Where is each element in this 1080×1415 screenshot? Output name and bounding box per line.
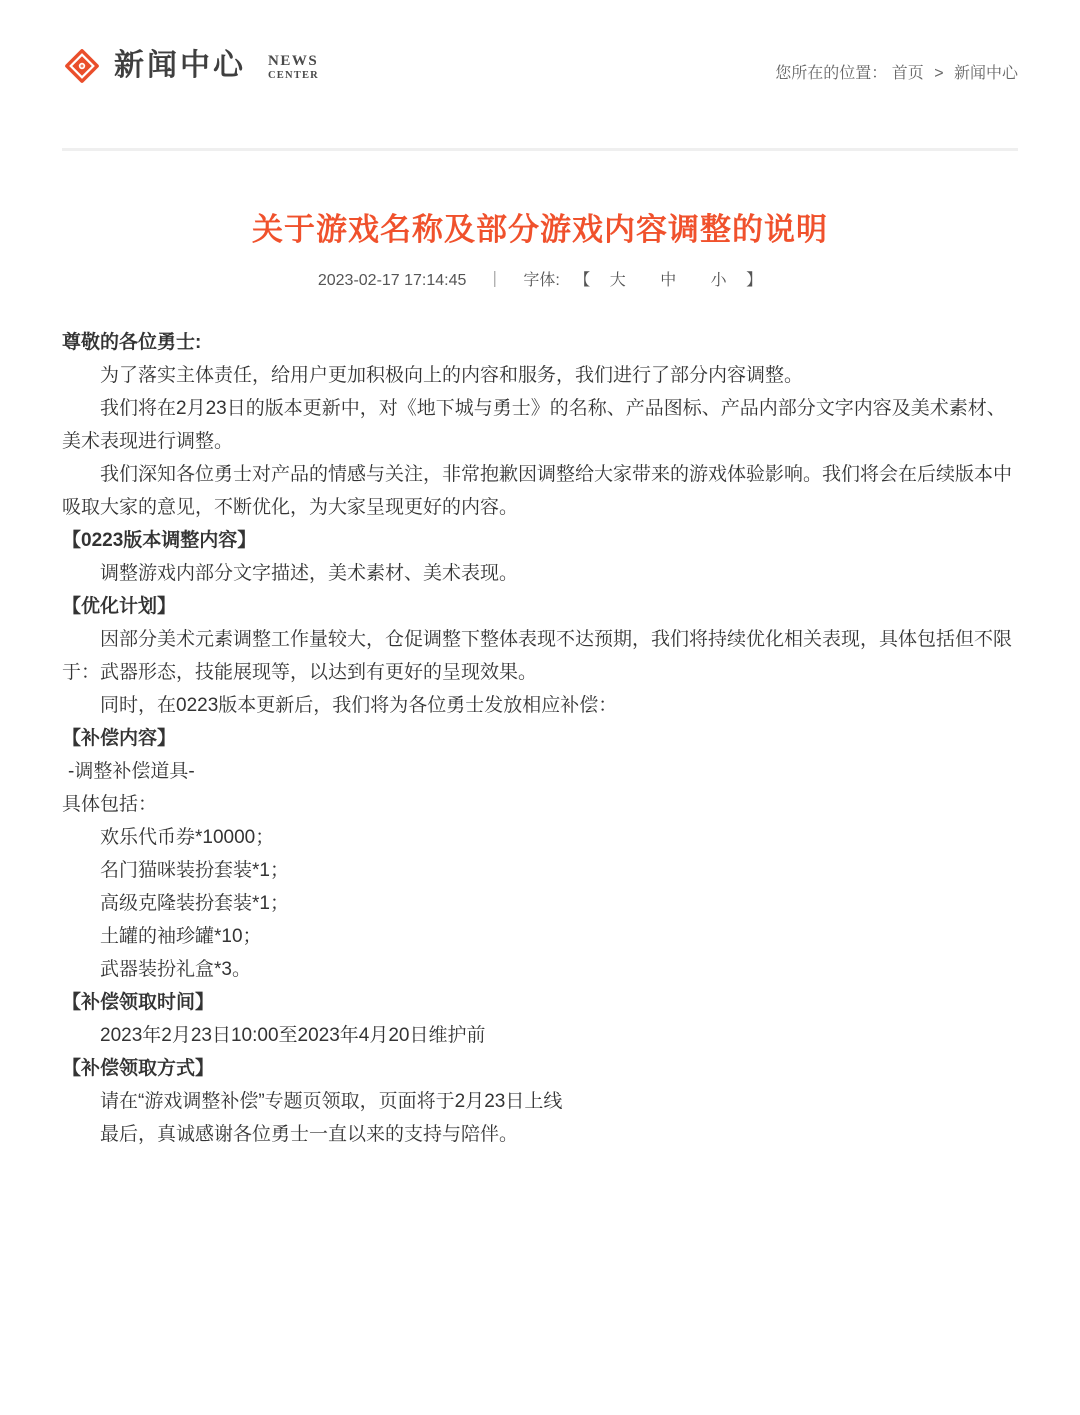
font-size-label: 字体: xyxy=(523,272,559,289)
header-divider xyxy=(62,148,1018,151)
article-paragraph: 2023年2月23日10:00至2023年4月20日维护前 xyxy=(62,1019,1018,1052)
font-size-large-button[interactable]: 大 xyxy=(610,272,626,289)
section-heading-version-adjustment: 【0223版本调整内容】 xyxy=(62,524,1018,557)
article-meta-bar: 2023-02-17 17:14:45 ｜ 字体: 【 大 中 小 】 xyxy=(0,267,1080,290)
diamond-logo-icon xyxy=(62,46,102,86)
breadcrumb-home-link[interactable]: 首页 xyxy=(892,65,924,82)
section-heading-claim-method: 【补偿领取方式】 xyxy=(62,1052,1018,1085)
compensation-list-item: 土罐的袖珍罐*10； xyxy=(62,920,1018,953)
article-paragraph: 为了落实主体责任，给用户更加积极向上的内容和服务，我们进行了部分内容调整。 xyxy=(62,359,1018,392)
compensation-list-item: 武器装扮礼盒*3。 xyxy=(62,953,1018,986)
compensation-list-item: 高级克隆装扮套装*1； xyxy=(62,887,1018,920)
font-bracket-open: 【 xyxy=(574,272,590,289)
compensation-list-item: 名门猫咪装扮套装*1； xyxy=(62,854,1018,887)
breadcrumb-separator: > xyxy=(934,65,943,82)
article-paragraph: 同时，在0223版本更新后，我们将为各位勇士发放相应补偿： xyxy=(62,689,1018,722)
font-size-medium-button[interactable]: 中 xyxy=(660,272,676,289)
logo-subtitle-en: NEWS CENTER xyxy=(268,51,319,82)
section-heading-claim-time: 【补偿领取时间】 xyxy=(62,986,1018,1019)
compensation-subtitle: -调整补偿道具- xyxy=(62,755,1018,788)
article-paragraph: 我们深知各位勇士对产品的情感与关注，非常抱歉因调整给大家带来的游戏体验影响。我们… xyxy=(62,458,1018,524)
breadcrumb-label: 您所在的位置： xyxy=(775,65,887,82)
font-bracket-close: 】 xyxy=(746,272,762,289)
article-paragraph: 因部分美术元素调整工作量较大，仓促调整下整体表现不达预期，我们将持续优化相关表现… xyxy=(62,623,1018,689)
logo-title: 新闻中心 xyxy=(114,46,246,86)
section-heading-compensation-content: 【补偿内容】 xyxy=(62,722,1018,755)
publish-timestamp: 2023-02-17 17:14:45 xyxy=(318,272,467,289)
breadcrumb: 您所在的位置： 首页 > 新闻中心 xyxy=(775,46,1018,83)
news-center-logo[interactable]: 新闻中心 NEWS CENTER xyxy=(62,46,319,86)
article-title: 关于游戏名称及部分游戏内容调整的说明 xyxy=(0,204,1080,249)
article-paragraph: 调整游戏内部分文字描述，美术素材、美术表现。 xyxy=(62,557,1018,590)
breadcrumb-current-link[interactable]: 新闻中心 xyxy=(954,65,1018,82)
article-paragraph: 具体包括： xyxy=(62,788,1018,821)
news-article-page: 新闻中心 NEWS CENTER 您所在的位置： 首页 > 新闻中心 关于游戏名… xyxy=(0,0,1080,1415)
section-heading-optimization-plan: 【优化计划】 xyxy=(62,590,1018,623)
article-body: 尊敬的各位勇士: 为了落实主体责任，给用户更加积极向上的内容和服务，我们进行了部… xyxy=(62,326,1018,1151)
compensation-list-item: 欢乐代币券*10000； xyxy=(62,821,1018,854)
logo-en-line2: CENTER xyxy=(268,71,319,82)
font-size-small-button[interactable]: 小 xyxy=(711,272,727,289)
article-paragraph: 请在“游戏调整补偿”专题页领取，页面将于2月23日上线 xyxy=(62,1085,1018,1118)
logo-en-line1: NEWS xyxy=(268,54,319,69)
salutation: 尊敬的各位勇士: xyxy=(62,326,1018,359)
article-paragraph: 我们将在2月23日的版本更新中，对《地下城与勇士》的名称、产品图标、产品内部分文… xyxy=(62,392,1018,458)
meta-pipe-separator: ｜ xyxy=(487,272,503,289)
page-header: 新闻中心 NEWS CENTER 您所在的位置： 首页 > 新闻中心 xyxy=(0,0,1080,86)
closing-paragraph: 最后，真诚感谢各位勇士一直以来的支持与陪伴。 xyxy=(62,1118,1018,1151)
